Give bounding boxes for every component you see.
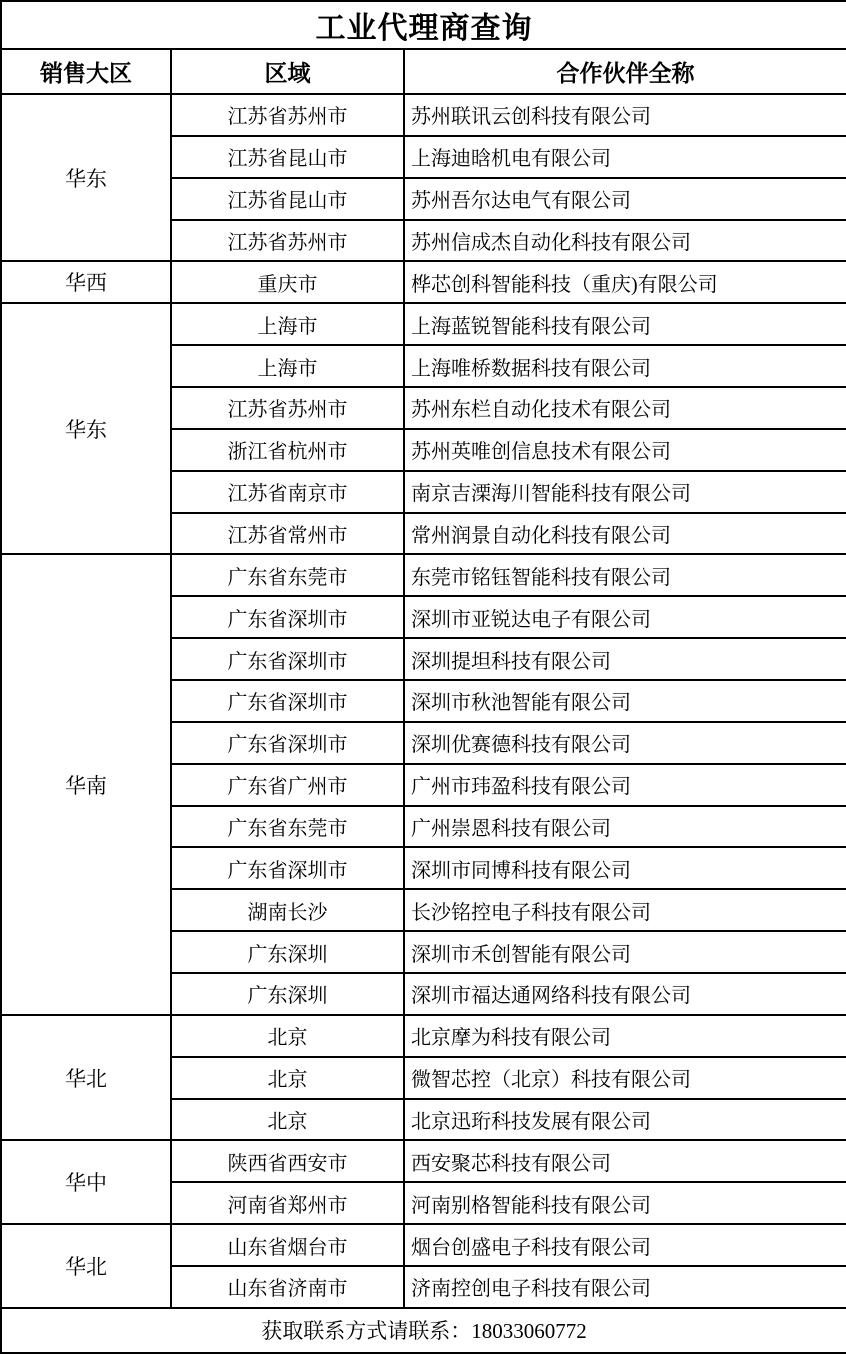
partner-cell: 深圳市秋池智能有限公司 [404,680,846,722]
partner-cell: 深圳提坦科技有限公司 [404,638,846,680]
area-cell: 广东省深圳市 [171,638,404,680]
table-row: 华中陕西省西安市西安聚芯科技有限公司 [1,1140,846,1182]
area-cell: 江苏省苏州市 [171,94,404,136]
region-cell: 华南 [1,554,171,1014]
area-cell: 广东深圳 [171,973,404,1015]
region-cell: 华东 [1,94,171,261]
partner-cell: 苏州联讯云创科技有限公司 [404,94,846,136]
area-cell: 广东省深圳市 [171,722,404,764]
table-body: 华东江苏省苏州市苏州联讯云创科技有限公司江苏省昆山市上海迪晗机电有限公司江苏省昆… [1,94,846,1308]
header-row: 销售大区 区域 合作伙伴全称 [1,49,846,94]
partner-cell: 深圳市福达通网络科技有限公司 [404,973,846,1015]
area-cell: 江苏省苏州市 [171,387,404,429]
partner-cell: 北京迅珩科技发展有限公司 [404,1099,846,1141]
page-title: 工业代理商查询 [1,1,846,49]
area-cell: 江苏省昆山市 [171,178,404,220]
area-cell: 江苏省苏州市 [171,220,404,262]
partner-cell: 苏州吾尔达电气有限公司 [404,178,846,220]
contact-footer: 获取联系方式请联系：18033060772 [1,1308,846,1353]
partner-cell: 东莞市铭钰智能科技有限公司 [404,554,846,596]
partner-cell: 北京摩为科技有限公司 [404,1015,846,1057]
area-cell: 重庆市 [171,261,404,303]
table-row: 华西重庆市桦芯创科智能科技（重庆)有限公司 [1,261,846,303]
area-cell: 陕西省西安市 [171,1140,404,1182]
area-cell: 上海市 [171,303,404,345]
area-cell: 广东省广州市 [171,764,404,806]
partner-cell: 广州市玮盈科技有限公司 [404,764,846,806]
area-cell: 北京 [171,1057,404,1099]
area-cell: 江苏省常州市 [171,513,404,555]
partner-cell: 南京吉溧海川智能科技有限公司 [404,471,846,513]
area-cell: 北京 [171,1099,404,1141]
partner-cell: 深圳市同博科技有限公司 [404,847,846,889]
region-cell: 华北 [1,1015,171,1141]
partner-cell: 上海唯桥数据科技有限公司 [404,345,846,387]
area-cell: 山东省烟台市 [171,1224,404,1266]
region-cell: 华中 [1,1140,171,1224]
column-header-area: 区域 [171,49,404,94]
footer-row: 获取联系方式请联系：18033060772 [1,1308,846,1353]
area-cell: 河南省郑州市 [171,1182,404,1224]
area-cell: 广东省深圳市 [171,680,404,722]
partner-cell: 河南别格智能科技有限公司 [404,1182,846,1224]
region-cell: 华东 [1,303,171,554]
region-cell: 华北 [1,1224,171,1308]
area-cell: 广东省深圳市 [171,847,404,889]
area-cell: 广东省东莞市 [171,554,404,596]
partner-cell: 苏州英唯创信息技术有限公司 [404,429,846,471]
partner-cell: 上海蓝锐智能科技有限公司 [404,303,846,345]
partner-cell: 济南控创电子科技有限公司 [404,1266,846,1308]
partner-cell: 深圳市亚锐达电子有限公司 [404,596,846,638]
area-cell: 浙江省杭州市 [171,429,404,471]
partner-cell: 深圳优赛德科技有限公司 [404,722,846,764]
partner-cell: 苏州信成杰自动化科技有限公司 [404,220,846,262]
partner-cell: 上海迪晗机电有限公司 [404,136,846,178]
partner-cell: 烟台创盛电子科技有限公司 [404,1224,846,1266]
area-cell: 广东深圳 [171,931,404,973]
table-row: 华南广东省东莞市东莞市铭钰智能科技有限公司 [1,554,846,596]
title-row: 工业代理商查询 [1,1,846,49]
area-cell: 北京 [171,1015,404,1057]
partner-cell: 微智芯控（北京）科技有限公司 [404,1057,846,1099]
table-row: 华北山东省烟台市烟台创盛电子科技有限公司 [1,1224,846,1266]
partner-cell: 西安聚芯科技有限公司 [404,1140,846,1182]
agents-table: 工业代理商查询 销售大区 区域 合作伙伴全称 华东江苏省苏州市苏州联讯云创科技有… [0,0,846,1354]
partner-cell: 常州润景自动化科技有限公司 [404,513,846,555]
area-cell: 上海市 [171,345,404,387]
area-cell: 湖南长沙 [171,889,404,931]
area-cell: 山东省济南市 [171,1266,404,1308]
partner-cell: 苏州东栏自动化技术有限公司 [404,387,846,429]
partner-cell: 深圳市禾创智能有限公司 [404,931,846,973]
partner-cell: 广州崇恩科技有限公司 [404,806,846,848]
area-cell: 江苏省昆山市 [171,136,404,178]
area-cell: 江苏省南京市 [171,471,404,513]
partner-cell: 桦芯创科智能科技（重庆)有限公司 [404,261,846,303]
table-row: 华北北京北京摩为科技有限公司 [1,1015,846,1057]
table-row: 华东上海市上海蓝锐智能科技有限公司 [1,303,846,345]
region-cell: 华西 [1,261,171,303]
column-header-partner: 合作伙伴全称 [404,49,846,94]
table-row: 华东江苏省苏州市苏州联讯云创科技有限公司 [1,94,846,136]
area-cell: 广东省东莞市 [171,806,404,848]
area-cell: 广东省深圳市 [171,596,404,638]
column-header-region: 销售大区 [1,49,171,94]
partner-cell: 长沙铭控电子科技有限公司 [404,889,846,931]
